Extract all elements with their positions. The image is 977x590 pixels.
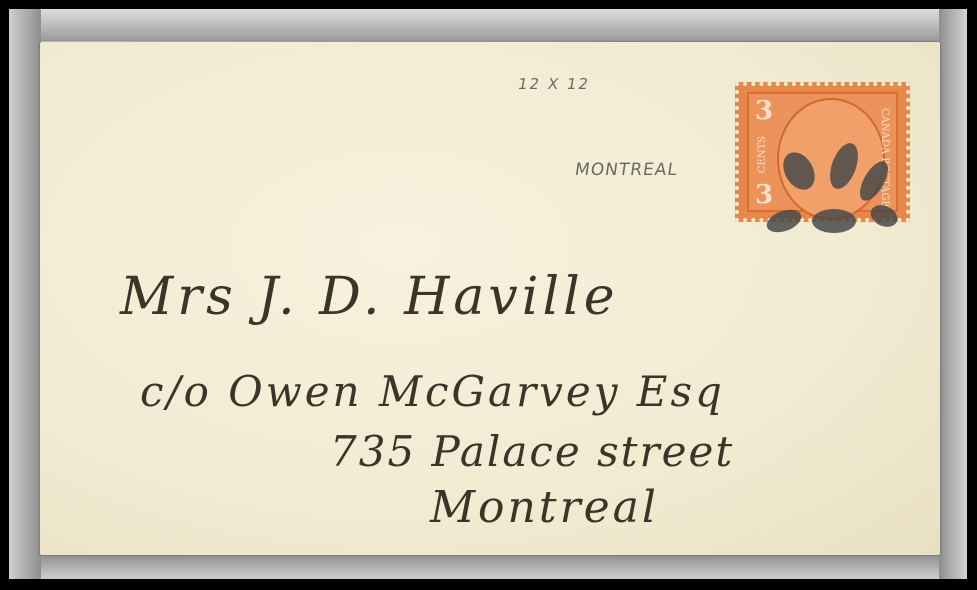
frame-bevel-top [9, 9, 967, 41]
pencil-city-note: MONTREAL [574, 160, 680, 180]
stamp-denomination: 3 [755, 96, 773, 126]
address-street: 735 Palace street [330, 427, 734, 476]
address-care-of: c/o Owen McGarvey Esq [140, 367, 725, 416]
pencil-size-note: 12 X 12 [516, 75, 591, 93]
address-recipient: Mrs J. D. Haville [120, 267, 618, 327]
frame-bevel-left [9, 9, 41, 579]
frame-bevel-bottom [9, 553, 967, 579]
address-city: Montreal [430, 482, 659, 533]
cancellation-mark-icon [759, 126, 909, 236]
postage-stamp: 3 3 CENTS CANADA POSTAGE [735, 82, 910, 222]
envelope: 12 X 12 MONTREAL 3 3 CENTS CANADA POSTAG… [40, 42, 940, 555]
frame-bevel-right [939, 9, 967, 579]
